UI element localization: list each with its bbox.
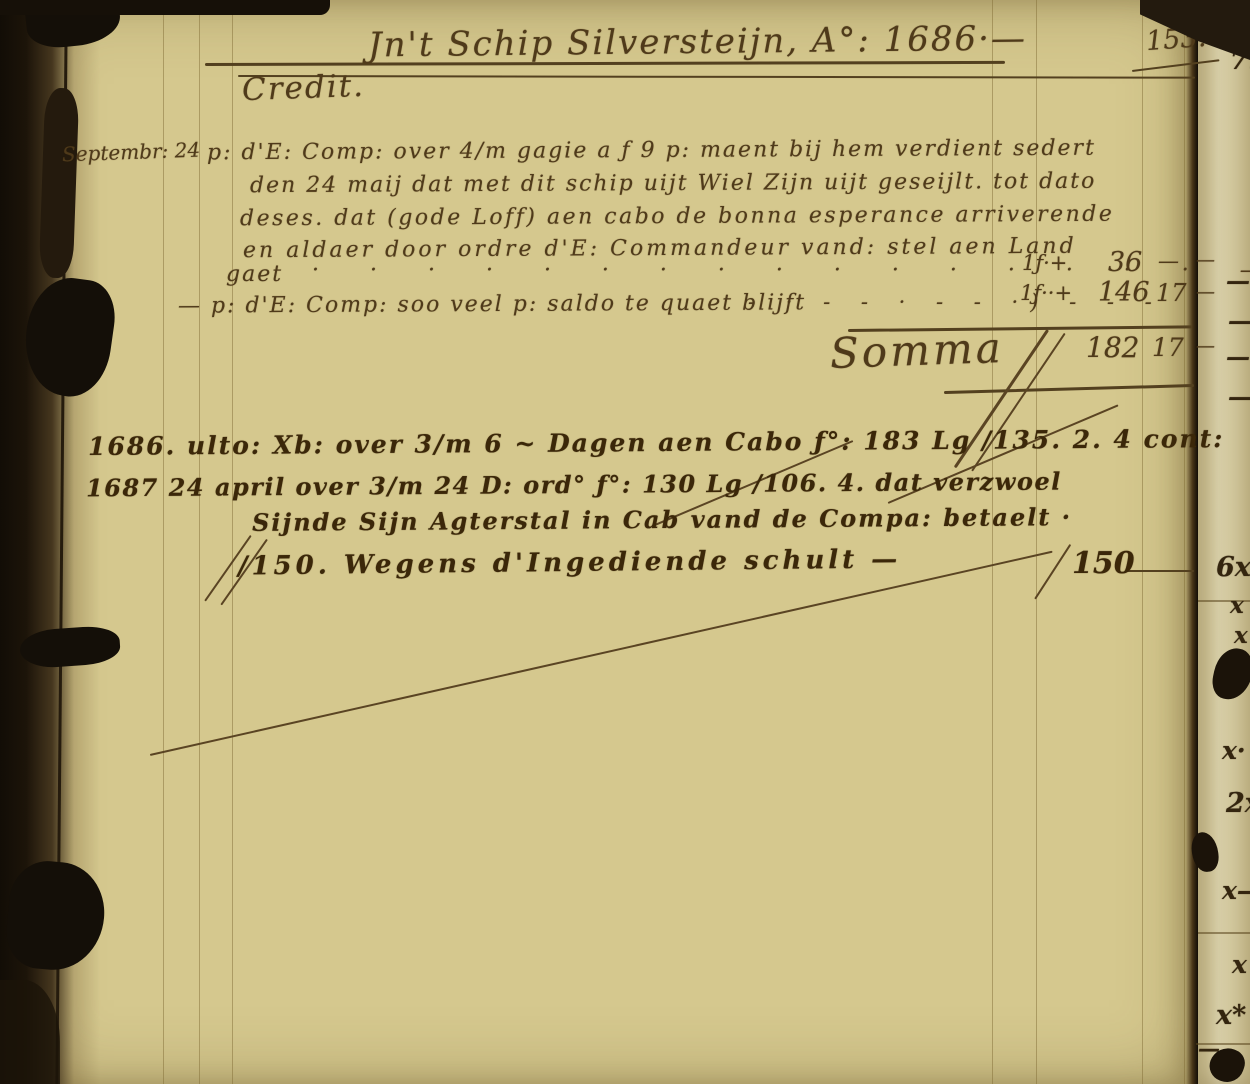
edge-mark: x (1232, 950, 1247, 979)
entry-line: p: d'E: Comp: over 4/m gagie a ƒ 9 p: ma… (207, 136, 1096, 166)
somma-stuivers: 17 (1152, 333, 1184, 362)
page-title: Jn't Schip Silversteijn, A°: 1686·— (368, 19, 1027, 66)
ruled-line-vertical (199, 0, 200, 1084)
edge-mark: 6x (1216, 552, 1250, 583)
entry-line: gaet (226, 262, 283, 287)
memo-line: Sijnde Sijn Agterstal in Cab vand de Com… (252, 502, 1072, 537)
amount-penningen: — (1196, 281, 1215, 303)
somma-label: Somma (829, 323, 1004, 378)
edge-mark: x (1230, 592, 1244, 619)
amount-stuivers: — (1158, 249, 1179, 273)
page-gutter-shadow (1186, 0, 1198, 1084)
edge-mark: x* (1216, 1000, 1246, 1031)
entry-line: den 24 maij dat met dit schip uijt Wiel … (250, 169, 1096, 198)
ruled-line-vertical (1036, 0, 1037, 1084)
photo-edge-shadow (0, 0, 330, 15)
entry-line: — p: d'E: Comp: soo veel p: saldo te qua… (178, 290, 806, 318)
amount-guilders: 146 (1098, 277, 1150, 308)
memo-amount: 150 (1072, 546, 1135, 581)
edge-mark: x— (1222, 876, 1250, 905)
edge-mark: — (1228, 382, 1250, 411)
amount-stuivers: 17 (1156, 279, 1187, 307)
memo-amount-dash (1126, 570, 1194, 572)
next-page-edge (1198, 0, 1250, 1084)
amount-currency-mark: 1ƒ··+ (1020, 281, 1072, 305)
edge-mark: 2x (1226, 788, 1250, 819)
amount-guilders: 36 (1108, 247, 1142, 278)
edge-mark: — (1226, 342, 1250, 371)
ruled-line-vertical (1142, 0, 1143, 1084)
ruled-line-vertical (992, 0, 993, 1084)
ruled-line-vertical (1184, 0, 1185, 1084)
edge-mark: x· (1222, 736, 1246, 765)
amount-currency-mark: 1ƒ·+ (1022, 251, 1067, 275)
amount-penningen: — (1196, 249, 1215, 271)
binding-strap (39, 87, 80, 278)
edge-mark: — (1228, 306, 1250, 335)
edge-mark: x (1234, 622, 1248, 649)
entry-line: deses. dat (gode Loff) aen cabo de bonna… (240, 202, 1114, 232)
somma-guilders: 182 (1086, 331, 1139, 364)
edge-mark: — (1226, 266, 1250, 295)
edge-ruled-line (1198, 932, 1250, 934)
ledger-photograph: Jn't Schip Silversteijn, A°: 1686·— 153.… (0, 0, 1250, 1084)
somma-penningen: — (1196, 335, 1215, 357)
section-label: Credit. (241, 68, 365, 108)
entry-margin-date: Septembr: 24 (62, 138, 201, 167)
